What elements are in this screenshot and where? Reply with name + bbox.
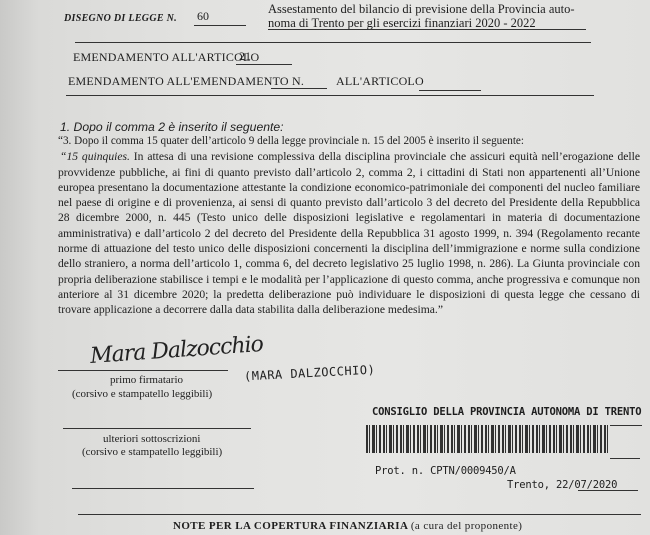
signature-line [58,370,228,371]
stamp-line-2 [610,458,640,459]
protocol-barcode [366,425,610,453]
amendment-paragraph-3: “3. Dopo il comma 15 quater dell’articol… [58,134,640,149]
primo-firmatario-label: primo firmatario [110,374,183,386]
emendamento-emendamento-label: EMENDAMENTO ALL'EMENDAMENTO N. [68,74,304,89]
all-articolo-field[interactable] [420,74,480,88]
notes-title: NOTE PER LA COPERTURA FINANZIARIA [173,520,408,532]
stamp-title: CONSIGLIO DELLA PROVINCIA AUTONOMA DI TR… [372,406,641,418]
ulteriori-note: (corsivo e stampatello leggibili) [82,446,222,458]
emendamento-n-underline [271,88,327,89]
header-separator-1 [75,42,591,43]
signature-scrawl: Mara Dalzocchio [89,332,263,369]
articolo-underline [236,64,292,65]
quinquies-label: “15 quinquies. [60,150,130,163]
quinquies-text: In attesa di una revisione complessiva d… [58,150,640,316]
disegno-di-legge-number[interactable]: 60 [197,9,209,24]
header-separator-2 [66,95,594,96]
all-articolo-underline [419,90,481,91]
additional-signature-line [72,488,254,489]
handwritten-name: (MARA DALZOCCHIO) [244,363,376,384]
disegno-number-underline [194,25,246,26]
ulteriori-label: ulteriori sottoscrizioni [103,433,200,445]
notes-heading: NOTE PER LA COPERTURA FINANZIARIA (a cur… [173,520,522,532]
disegno-di-legge-label: DISEGNO DI LEGGE N. [64,13,177,24]
protocol-number: Prot. n. CPTN/0009450/A [375,465,516,477]
date-underline [578,490,638,491]
notes-subtitle: (a cura del proponente) [411,520,523,532]
emendamento-articolo-value[interactable]: 21 [239,49,251,64]
bill-title-line1: Assestamento del bilancio di previsione … [268,2,575,16]
amendment-intro: 1. Dopo il comma 2 è inserito il seguent… [60,120,640,134]
emendamento-articolo-label: EMENDAMENTO ALL'ARTICOLO [73,50,259,65]
bill-title-line2: noma di Trento per gli esercizi finanzia… [268,16,536,30]
footer-separator [78,514,641,515]
all-articolo-label: ALL'ARTICOLO [336,74,424,89]
emendamento-emendamento-field[interactable] [272,74,326,88]
title-underline [268,29,586,30]
ulteriori-signature-line [63,428,251,429]
amendment-paragraph-quinquies: “15 quinquies. In attesa di una revision… [58,149,640,317]
stamp-line-1 [610,425,642,426]
primo-firmatario-note: (corsivo e stampatello leggibili) [72,388,212,400]
amendment-body: 1. Dopo il comma 2 è inserito il seguent… [58,120,640,318]
